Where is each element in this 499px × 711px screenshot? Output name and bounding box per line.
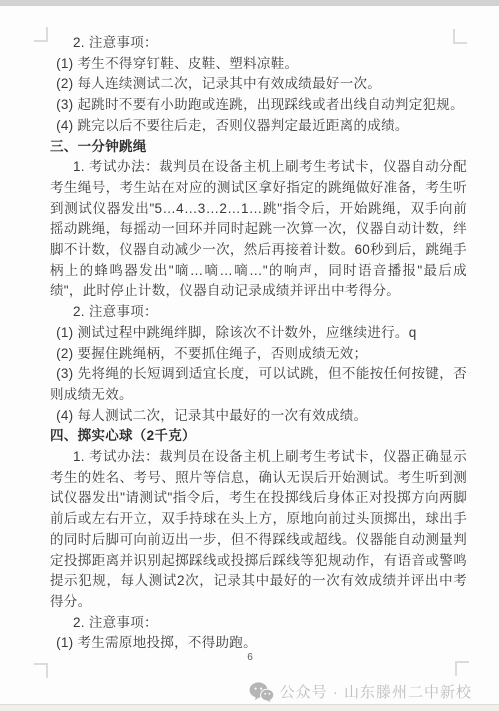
- watermark-text: 公众号 · 山东滕州二中新校: [280, 681, 472, 702]
- page-bottom-edge: [0, 704, 499, 711]
- note-item: (2) 要握住跳绳柄，不要抓住绳子，否则成绩无效；: [50, 344, 467, 365]
- section-heading-rope-skipping: 三、一分钟跳绳: [50, 137, 467, 158]
- notes-label-standing-jump: 2. 注意事项：: [50, 33, 467, 54]
- note-item: (2) 每人连续测试二次，记录其中有效成绩最好一次。: [50, 74, 467, 95]
- text-boundary-mark-top-left: [34, 27, 48, 42]
- page-number: 6: [50, 652, 450, 663]
- note-item: (1) 考生需原地投掷，不得助跑。: [50, 633, 467, 654]
- text-boundary-mark-bottom-right: [455, 661, 469, 676]
- note-item: (1) 测试过程中跳绳绊脚，除该次不计数外，应继续进行。q: [50, 323, 467, 344]
- exam-method-paragraph-rope: 1. 考试办法：裁判员在设备主机上刷考生考试卡，仪器自动分配考生绳号，考生站在对…: [50, 157, 467, 302]
- note-item: (4) 跳完以后不要往后走，否则仪器判定最近距离的成绩。: [50, 116, 467, 137]
- document-body: 2. 注意事项： (1) 考生不得穿钉鞋、皮鞋、塑料凉鞋。 (2) 每人连续测试…: [50, 33, 467, 654]
- wechat-icon: [249, 682, 274, 702]
- text-boundary-mark-bottom-left: [34, 663, 48, 678]
- exam-method-paragraph-ball: 1. 考试办法：裁判员在设备主机上刷考生考试卡，仪器正确显示考生的姓名、考号、照…: [50, 447, 467, 613]
- note-item: (3) 先将绳的长短调到适宜长度，可以试跳，但不能按任何按键，否则成绩无效。: [50, 364, 467, 405]
- notes-label-ball: 2. 注意事项：: [50, 613, 467, 634]
- note-item: (1) 考生不得穿钉鞋、皮鞋、塑料凉鞋。: [50, 54, 467, 75]
- watermark: 公众号 · 山东滕州二中新校: [249, 681, 472, 702]
- page-top-edge: [0, 0, 499, 6]
- section-heading-solid-ball: 四、掷实心球（2千克）: [50, 426, 467, 447]
- note-item: (3) 起跳时不要有小助跑或连跳，出现踩线或者出线自动判定犯规。: [50, 95, 467, 116]
- note-item: (4) 每人测试二次，记录其中最好的一次有效成绩。: [50, 406, 467, 427]
- notes-label-rope: 2. 注意事项：: [50, 302, 467, 323]
